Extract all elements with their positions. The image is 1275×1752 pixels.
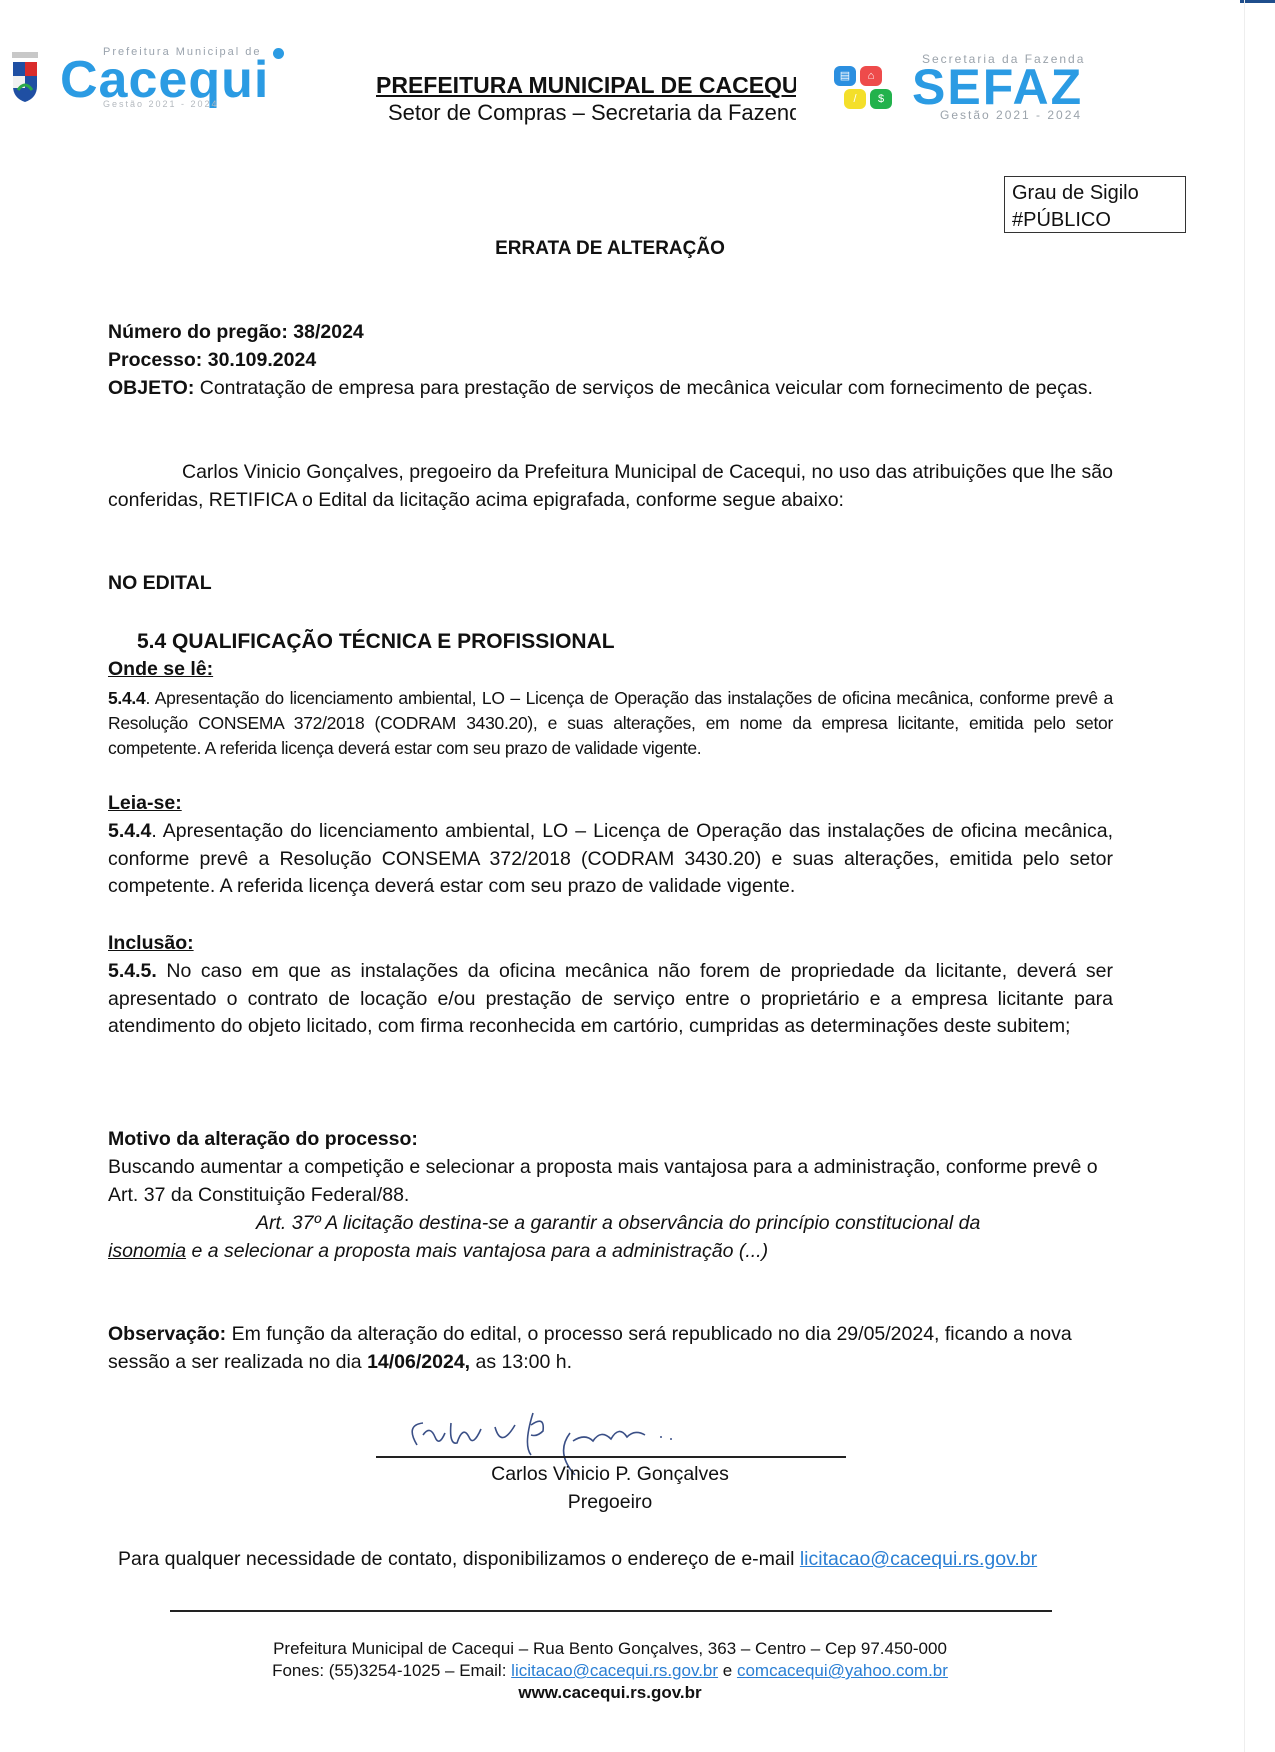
header-subtitle: Setor de Compras – Secretaria da Fazenda [388,100,796,126]
intro-paragraph: Carlos Vinicio Gonçalves, pregoeiro da P… [108,459,1113,514]
logo-dot [273,48,284,59]
logo-sub-text: Gestão 2021 - 2024 [103,99,219,109]
leia-se-label: Leia-se: [108,790,1113,818]
header-title: PREFEITURA MUNICIPAL DE CACEQUI [376,72,796,99]
scan-edge [1244,0,1245,1752]
pen-tile-icon: / [844,89,866,109]
footer-address: Prefeitura Municipal de Cacequi – Rua Be… [0,1638,1220,1660]
house-tile-icon: ⌂ [860,66,882,86]
sefaz-logo: ▤ ⌂ / $ Secretaria da Fazenda SEFAZ Gest… [832,52,1102,124]
quote-line-1: Art. 37º A licitação destina-se a garant… [256,1210,1116,1238]
document-title: ERRATA DE ALTERAÇÃO [0,238,1220,260]
municipal-crest-icon [10,50,40,106]
classification-box: Grau de Sigilo #PÚBLICO [1004,176,1186,233]
cacequi-logo: Prefeitura Municipal de Cacequi Gestão 2… [8,44,288,114]
footer-email-comcacequi[interactable]: comcacequi@yahoo.com.br [737,1661,948,1680]
inclusao-label: Inclusão: [108,930,1113,958]
motivo-label: Motivo da alteração do processo: [108,1126,1113,1154]
footer-contacts: Fones: (55)3254-1025 – Email: licitacao@… [0,1660,1220,1682]
money-tile-icon: $ [870,89,892,109]
section-heading: 5.4 QUALIFICAÇÃO TÉCNICA E PROFISSIONAL [137,628,1142,656]
objeto-paragraph: OBJETO: Contratação de empresa para pres… [108,375,1113,403]
motivo-text: Buscando aumentar a competição e selecio… [108,1154,1098,1209]
signer-name: Carlos Vinicio P. Gonçalves [0,1460,1220,1488]
inclusao-text: 5.4.5. No caso em que as instalações da … [108,958,1113,1041]
quote-line-2: isonomia e a selecionar a proposta mais … [108,1238,1113,1266]
contact-email-link[interactable]: licitacao@cacequi.rs.gov.br [800,1548,1037,1570]
document-tile-icon: ▤ [834,66,856,86]
onde-se-le-text: 5.4.4. Apresentação do licenciamento amb… [108,686,1113,761]
footer-email-licitacao[interactable]: licitacao@cacequi.rs.gov.br [511,1661,718,1680]
classification-label: Grau de Sigilo [1012,180,1185,207]
scan-corner-mark [1240,0,1275,3]
footer-divider [170,1610,1052,1612]
observacao-paragraph: Observação: Em função da alteração do ed… [108,1321,1103,1376]
signer-role: Pregoeiro [0,1488,1220,1516]
processo-number: Processo: 30.109.2024 [108,347,1113,375]
contact-paragraph: Para qualquer necessidade de contato, di… [118,1546,1128,1574]
section-edital: NO EDITAL [108,570,1113,598]
signature-line [376,1456,846,1458]
pregao-number: Número do pregão: 38/2024 [108,319,1113,347]
classification-value: #PÚBLICO [1012,207,1185,234]
footer-website[interactable]: www.cacequi.rs.gov.br [0,1682,1220,1704]
sefaz-sub-text: Gestão 2021 - 2024 [940,108,1082,122]
leia-se-text: 5.4.4. Apresentação do licenciamento amb… [108,818,1113,901]
onde-se-le-label: Onde se lê: [108,656,1113,684]
